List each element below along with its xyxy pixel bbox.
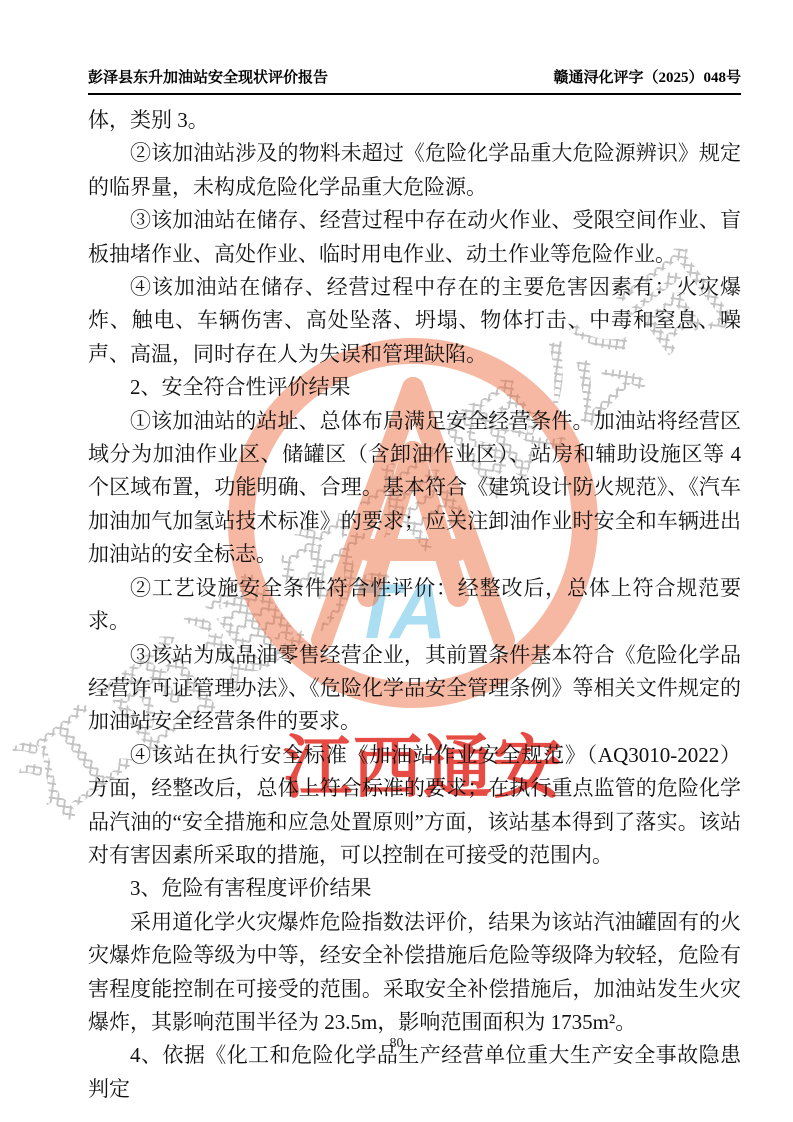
page-footer: 80 [0, 1036, 793, 1052]
paragraph: 体，类别 3。 [88, 104, 741, 137]
page-number: 80 [390, 1036, 404, 1051]
paragraph: 采用道化学火灾爆炸危险指数法评价，结果为该站汽油罐固有的火灾爆炸危险等级为中等，… [88, 906, 741, 1040]
paragraph: ②工艺设施安全条件符合性评价：经整改后，总体上符合规范要求。 [88, 572, 741, 639]
document-body: 体，类别 3。②该加油站涉及的物料未超过《危险化学品重大危险源辨识》规定的临界量… [88, 104, 741, 1106]
paragraph: ②该加油站涉及的物料未超过《危险化学品重大危险源辨识》规定的临界量，未构成危险化… [88, 137, 741, 204]
paragraph: ④该站在执行安全标准《加油站作业安全规范》（AQ3010-2022）方面，经整改… [88, 739, 741, 873]
document-page: 江西通安有限公司 TA 江西通安 彭泽县东升加油站安全现状评价报告 赣通浔化评字… [0, 0, 793, 1122]
paragraph: ④该加油站在储存、经营过程中存在的主要危害因素有：火灾爆炸、触电、车辆伤害、高处… [88, 271, 741, 371]
header-report-title: 彭泽县东升加油站安全现状评价报告 [88, 66, 328, 87]
paragraph: ①该加油站的站址、总体布局满足安全经营条件。加油站将经营区域分为加油作业区、储罐… [88, 405, 741, 572]
page-header: 彭泽县东升加油站安全现状评价报告 赣通浔化评字（2025）048号 [88, 66, 741, 95]
paragraph: ③该加油站在储存、经营过程中存在动火作业、受限空间作业、盲板抽堵作业、高处作业、… [88, 204, 741, 271]
paragraph: 2、安全符合性评价结果 [88, 371, 741, 404]
header-doc-number: 赣通浔化评字（2025）048号 [553, 66, 741, 87]
paragraph: 3、危险有害程度评价结果 [88, 872, 741, 905]
paragraph: ③该站为成品油零售经营企业，其前置条件基本符合《危险化学品经营许可证管理办法》、… [88, 639, 741, 739]
